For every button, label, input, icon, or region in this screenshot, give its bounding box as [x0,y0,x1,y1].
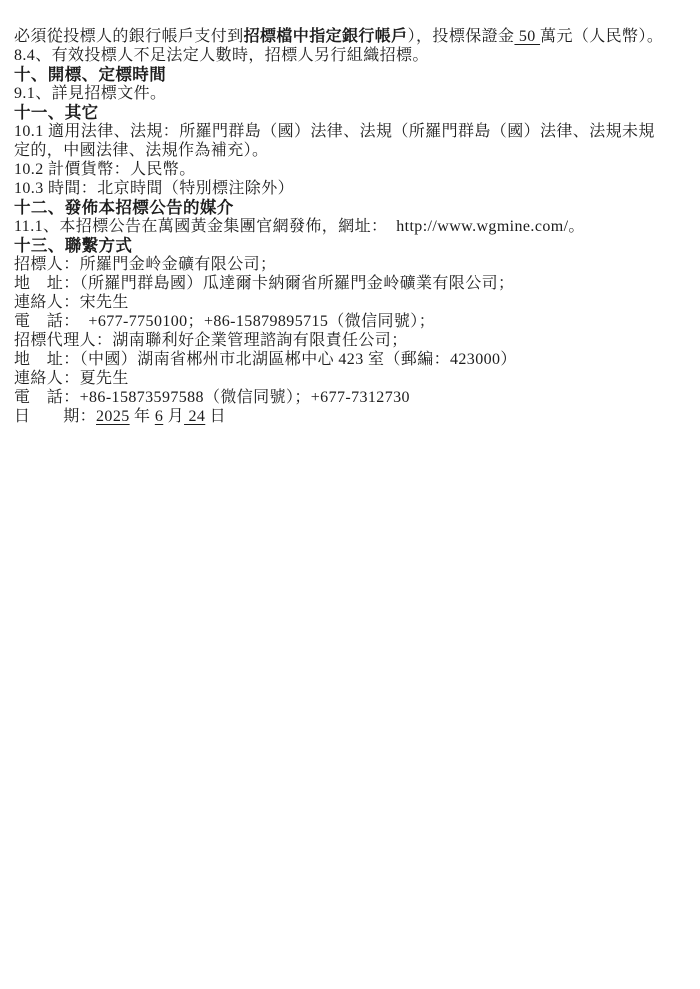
para-8-4: 8.4、有效投標人不足法定人數時，招標人另行組織招標。 [14,46,694,65]
contact-line-phone-tenderer: 電 話： +677-7750100；+86-15879895715（微信同號）； [14,312,694,331]
date-month-unit: 月 [163,408,184,425]
para-10-1-line2: 定的，中國法律、法規作為補充）。 [14,141,694,160]
contact-line-agent-address: 地 址：（中國）湖南省郴州市北湖區郴中心 423 室（郵編：423000） [14,350,694,369]
contact-line-contact-person-xia: 連絡人：夏先生 [14,369,694,388]
para-9-1: 9.1、詳見招標文件。 [14,84,694,103]
para-8-3-text-end: 萬元（人民幣）。 [540,28,663,45]
contact-line-agent: 招標代理人：湖南聯利好企業管理諮詢有限責任公司； [14,331,694,350]
section-11-heading: 十一、其它 [14,103,694,122]
date-year-unit: 年 [130,408,155,425]
date-day-unit: 日 [205,408,226,425]
contact-line-tenderer-address: 地 址：（所羅門群島國）瓜達爾卡納爾省所羅門金岭礦業有限公司； [14,274,694,293]
tender-announcement-page: 必須從投標人的銀行帳戶支付到招標檔中指定銀行帳戶），投標保證金 50 萬元（人民… [0,0,700,989]
section-13-heading: 十三、聯繫方式 [14,236,694,255]
para-10-2: 10.2 計價貨幣：人民幣。 [14,160,694,179]
contact-line-contact-person-song: 連絡人：宋先生 [14,293,694,312]
date-month: 6 [155,408,163,425]
para-8-3-text-start: 必須從投標人的銀行帳戶支付到 [14,28,244,45]
official-website-url: http://www.wgmine.com/ [396,218,568,235]
para-8-3-text-mid: ），投標保證金 [408,28,515,45]
contact-line-tenderer: 招標人：所羅門金岭金礦有限公司； [14,255,694,274]
date-line: 日 期：2025 年 6 月 24 日 [14,407,694,426]
section-12-heading: 十二、發佈本招標公告的媒介 [14,198,694,217]
section-10-heading: 十、開標、定標時間 [14,65,694,84]
date-day: 24 [184,408,205,425]
para-10-1-line1: 10.1 適用法律、法規：所羅門群島（國）法律、法規（所羅門群島（國）法律、法規… [14,122,694,141]
para-11-1-period: 。 [568,218,584,235]
para-8-3-continuation: 必須從投標人的銀行帳戶支付到招標檔中指定銀行帳戶），投標保證金 50 萬元（人民… [14,27,694,46]
date-label: 日 期： [14,408,96,425]
para-11-1: 11.1、本招標公告在萬國黃金集團官網發佈，網址： http://www.wgm… [14,217,694,236]
contact-line-phone-agent: 電 話：+86-15873597588（微信同號）；+677-7312730 [14,388,694,407]
designated-bank-account-bold: 招標檔中指定銀行帳戶 [244,28,408,45]
para-11-1-text: 11.1、本招標公告在萬國黃金集團官網發佈，網址： [14,218,396,235]
para-10-3: 10.3 時間：北京時間（特別標注除外） [14,179,694,198]
bid-deposit-amount-underlined: 50 [514,28,540,45]
date-year: 2025 [96,408,130,425]
